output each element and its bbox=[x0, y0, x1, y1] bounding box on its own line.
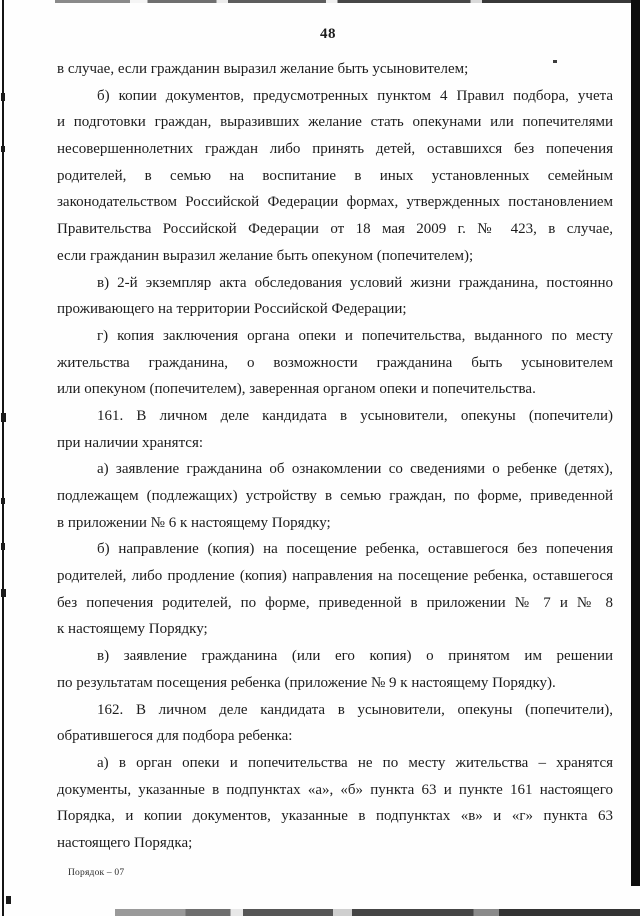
text-line: при наличии хранятся: bbox=[57, 430, 613, 457]
scan-speck bbox=[6, 896, 11, 904]
text-line: 161. В личном деле кандидата в усыновите… bbox=[57, 403, 613, 430]
text-line: без попечения родителей, по форме, приве… bbox=[57, 590, 613, 617]
text-line: если гражданин выразил желание быть опек… bbox=[57, 243, 613, 270]
text-line: в) 2-й экземпляр акта обследования услов… bbox=[57, 270, 613, 297]
text-line: родителей, либо продление (копия) направ… bbox=[57, 563, 613, 590]
text-line: и подготовки граждан, выразивших желание… bbox=[57, 109, 613, 136]
text-line: а) в орган опеки и попечительства не по … bbox=[57, 750, 613, 777]
text-line: подлежащем (подлежащих) устройству в сем… bbox=[57, 483, 613, 510]
scan-artifact-top-edge bbox=[55, 0, 632, 3]
scan-artifact-bottom-edge bbox=[0, 909, 640, 916]
page-number: 48 bbox=[8, 26, 640, 43]
text-line: несовершеннолетних граждан либо принять … bbox=[57, 136, 613, 163]
scan-speck bbox=[1, 146, 5, 152]
text-block: в случае, если гражданин выразил желание… bbox=[57, 56, 613, 857]
text-line: законодательством Российской Федерации ф… bbox=[57, 189, 613, 216]
text-line: б) направление (копия) на посещение ребе… bbox=[57, 536, 613, 563]
text-line: настоящего Порядка; bbox=[57, 830, 613, 857]
text-line: в приложении № 6 к настоящему Порядку; bbox=[57, 510, 613, 537]
text-line: а) заявление гражданина об ознакомлении … bbox=[57, 456, 613, 483]
text-line: к настоящему Порядку; bbox=[57, 616, 613, 643]
text-line: обратившегося для подбора ребенка: bbox=[57, 723, 613, 750]
text-line: б) копии документов, предусмотренных пун… bbox=[57, 83, 613, 110]
text-line: по результатам посещения ребенка (прилож… bbox=[57, 670, 613, 697]
scan-speck bbox=[1, 543, 5, 550]
document-page: 48 в случае, если гражданин выразил жела… bbox=[0, 0, 640, 916]
scan-speck bbox=[1, 93, 5, 101]
text-line: жительства гражданина, о возможности гра… bbox=[57, 350, 613, 377]
text-line: Порядка, и копии документов, указанные в… bbox=[57, 803, 613, 830]
footer-note: Порядок – 07 bbox=[68, 868, 124, 878]
text-line: 162. В личном деле кандидата в усыновите… bbox=[57, 697, 613, 724]
text-line: проживающего на территории Российской Фе… bbox=[57, 296, 613, 323]
text-line: или опекуном (попечителем), заверенная о… bbox=[57, 376, 613, 403]
text-line: родителей, в семью на воспитание в иных … bbox=[57, 163, 613, 190]
text-line: документы, указанные в подпунктах «а», «… bbox=[57, 777, 613, 804]
text-line: г) копия заключения органа опеки и попеч… bbox=[57, 323, 613, 350]
scan-speck bbox=[1, 498, 5, 504]
scan-artifact-right-edge bbox=[631, 0, 640, 886]
scan-artifact-left-edge bbox=[2, 0, 4, 916]
text-line: Правительства Российской Федерации от 18… bbox=[57, 216, 613, 243]
text-line: в) заявление гражданина (или его копия) … bbox=[57, 643, 613, 670]
text-line: в случае, если гражданин выразил желание… bbox=[57, 56, 613, 83]
scan-speck bbox=[1, 589, 6, 597]
scan-speck bbox=[1, 413, 6, 422]
